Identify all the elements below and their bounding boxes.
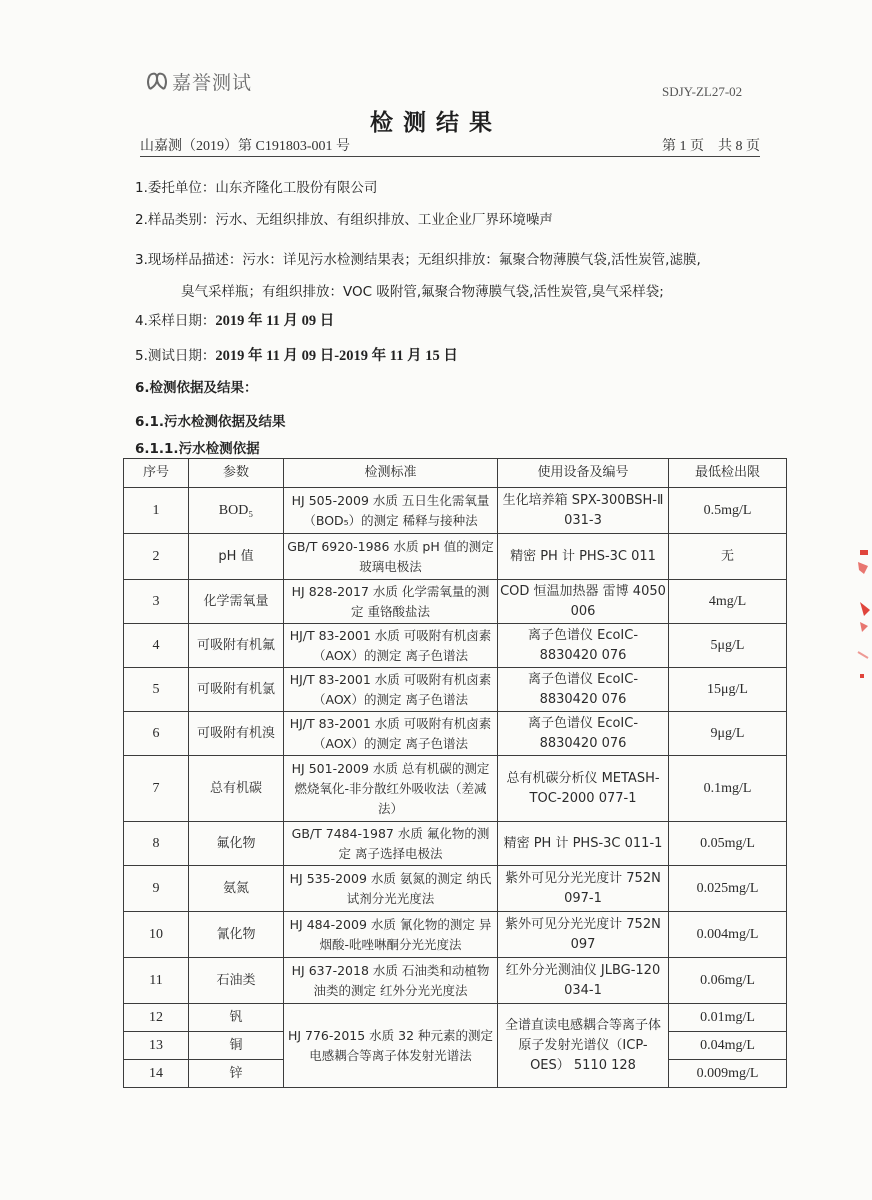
table-row: 6 可吸附有机溴 HJ/T 83-2001 水质 可吸附有机卤素（AOX）的测定…	[124, 712, 787, 756]
row-limit: 5μg/L	[669, 624, 787, 668]
test-basis-table: 序号 参数 检测标准 使用设备及编号 最低检出限 1 BOD₅ HJ 505-2…	[123, 458, 787, 1088]
row-standard: HJ 501-2009 水质 总有机碳的测定 燃烧氧化-非分散红外吸收法（差减法…	[284, 756, 498, 822]
row-equipment: 总有机碳分析仪 METASH-TOC-2000 077-1	[498, 756, 669, 822]
row-equipment: 离子色谱仪 EcoIC-8830420 076	[498, 712, 669, 756]
row-param: 氰化物	[189, 912, 284, 958]
row-no: 6	[124, 712, 189, 756]
table-row: 2 pH 值 GB/T 6920-1986 水质 pH 值的测定 玻璃电极法 精…	[124, 534, 787, 580]
section-6-1-heading: 6.1.污水检测依据及结果	[135, 410, 286, 430]
row-no: 8	[124, 822, 189, 866]
document-code: SDJY-ZL27-02	[662, 84, 742, 100]
page-title: 检测结果	[0, 104, 872, 137]
row-standard: GB/T 7484-1987 水质 氟化物的测定 离子选择电极法	[284, 822, 498, 866]
test-date-line: 5.测试日期：2019 年 11 月 09 日-2019 年 11 月 15 日	[135, 344, 458, 365]
table-row: 11 石油类 HJ 637-2018 水质 石油类和动植物油类的测定 红外分光光…	[124, 958, 787, 1004]
row-limit: 9μg/L	[669, 712, 787, 756]
row-standard: HJ/T 83-2001 水质 可吸附有机卤素（AOX）的测定 离子色谱法	[284, 624, 498, 668]
table-row: 5 可吸附有机氯 HJ/T 83-2001 水质 可吸附有机卤素（AOX）的测定…	[124, 668, 787, 712]
row-standard: HJ 505-2009 水质 五日生化需氧量（BOD₅）的测定 稀释与接种法	[284, 488, 498, 534]
row-no: 12	[124, 1004, 189, 1032]
row-limit: 0.5mg/L	[669, 488, 787, 534]
table-row: 8 氟化物 GB/T 7484-1987 水质 氟化物的测定 离子选择电极法 精…	[124, 822, 787, 866]
header-no: 序号	[124, 459, 189, 488]
row-equipment-merged: 全谱直读电感耦合等离子体原子发射光谱仪（ICP-OES） 5110 128	[498, 1004, 669, 1088]
row-limit: 0.025mg/L	[669, 866, 787, 912]
row-no: 2	[124, 534, 189, 580]
table-row: 4 可吸附有机氟 HJ/T 83-2001 水质 可吸附有机卤素（AOX）的测定…	[124, 624, 787, 668]
row-standard: HJ 484-2009 水质 氰化物的测定 异烟酸-吡唑啉酮分光光度法	[284, 912, 498, 958]
row-no: 9	[124, 866, 189, 912]
row-no: 1	[124, 488, 189, 534]
sample-desc-label: 3.现场样品描述：	[135, 252, 242, 268]
table-row: 10 氰化物 HJ 484-2009 水质 氰化物的测定 异烟酸-吡唑啉酮分光光…	[124, 912, 787, 958]
logo-knot-icon	[146, 71, 168, 93]
header-equipment: 使用设备及编号	[498, 459, 669, 488]
row-limit: 无	[669, 534, 787, 580]
row-standard-merged: HJ 776-2015 水质 32 种元素的测定 电感耦合等离子体发射光谱法	[284, 1004, 498, 1088]
row-no: 10	[124, 912, 189, 958]
row-no: 5	[124, 668, 189, 712]
sample-desc-line1: 污水：详见污水检测结果表；无组织排放：氟聚合物薄膜气袋,活性炭管,滤膜,	[242, 252, 700, 268]
header-limit: 最低检出限	[669, 459, 787, 488]
row-param: 总有机碳	[189, 756, 284, 822]
row-limit: 0.04mg/L	[669, 1032, 787, 1060]
sample-type-value: 污水、无组织排放、有组织排放、工业企业厂界环境噪声	[215, 212, 553, 228]
row-limit: 0.05mg/L	[669, 822, 787, 866]
report-number: 山嘉测（2019）第 C191803-001 号	[140, 135, 350, 156]
row-no: 14	[124, 1060, 189, 1088]
row-limit: 0.004mg/L	[669, 912, 787, 958]
sampling-date-line: 4.采样日期：2019 年 11 月 09 日	[135, 309, 334, 330]
sample-desc-line2: 臭气采样瓶；有组织排放：VOC 吸附管,氟聚合物薄膜气袋,活性炭管,臭气采样袋;	[181, 280, 664, 300]
client-line: 1.委托单位：山东齐隆化工股份有限公司	[135, 176, 377, 196]
row-param: 可吸附有机溴	[189, 712, 284, 756]
row-limit: 0.009mg/L	[669, 1060, 787, 1088]
row-equipment: 离子色谱仪 EcoIC-8830420 076	[498, 668, 669, 712]
header-standard: 检测标准	[284, 459, 498, 488]
table-row: 1 BOD₅ HJ 505-2009 水质 五日生化需氧量（BOD₅）的测定 稀…	[124, 488, 787, 534]
sample-type-line: 2.样品类别：污水、无组织排放、有组织排放、工业企业厂界环境噪声	[135, 208, 553, 228]
row-param: BOD₅	[189, 488, 284, 534]
row-no: 11	[124, 958, 189, 1004]
row-equipment: 紫外可见分光光度计 752N 097-1	[498, 866, 669, 912]
row-no: 7	[124, 756, 189, 822]
row-param: 可吸附有机氟	[189, 624, 284, 668]
row-param: 铜	[189, 1032, 284, 1060]
row-equipment: 紫外可见分光光度计 752N 097	[498, 912, 669, 958]
row-standard: HJ/T 83-2001 水质 可吸附有机卤素（AOX）的测定 离子色谱法	[284, 668, 498, 712]
row-no: 4	[124, 624, 189, 668]
row-limit: 0.01mg/L	[669, 1004, 787, 1032]
row-standard: GB/T 6920-1986 水质 pH 值的测定 玻璃电极法	[284, 534, 498, 580]
row-param: 可吸附有机氯	[189, 668, 284, 712]
row-no: 3	[124, 580, 189, 624]
row-limit: 4mg/L	[669, 580, 787, 624]
row-equipment: 生化培养箱 SPX-300BSH-Ⅱ 031-3	[498, 488, 669, 534]
row-equipment: 精密 PH 计 PHS-3C 011-1	[498, 822, 669, 866]
table-header-row: 序号 参数 检测标准 使用设备及编号 最低检出限	[124, 459, 787, 488]
row-param: 化学需氧量	[189, 580, 284, 624]
logo-text: 嘉誉测试	[172, 68, 252, 95]
section-6-1-1-heading: 6.1.1.污水检测依据	[135, 437, 260, 457]
row-param: 氨氮	[189, 866, 284, 912]
page-info: 第 1 页 共 8 页	[662, 135, 760, 156]
row-standard: HJ 535-2009 水质 氨氮的测定 纳氏试剂分光光度法	[284, 866, 498, 912]
client-value: 山东齐隆化工股份有限公司	[215, 180, 377, 196]
row-param: 钒	[189, 1004, 284, 1032]
sample-type-label: 2.样品类别：	[135, 212, 215, 228]
red-seal-stamp-edge	[846, 540, 872, 680]
sampling-date-value: 2019 年 11 月 09 日	[215, 313, 334, 329]
table-row: 3 化学需氧量 HJ 828-2017 水质 化学需氧量的测定 重铬酸盐法 CO…	[124, 580, 787, 624]
row-param: 石油类	[189, 958, 284, 1004]
row-equipment: 精密 PH 计 PHS-3C 011	[498, 534, 669, 580]
header-param: 参数	[189, 459, 284, 488]
row-param: 锌	[189, 1060, 284, 1088]
row-no: 13	[124, 1032, 189, 1060]
company-logo: 嘉誉测试	[146, 68, 252, 95]
row-limit: 0.06mg/L	[669, 958, 787, 1004]
row-equipment: 红外分光测油仪 JLBG-120 034-1	[498, 958, 669, 1004]
sample-desc-line: 3.现场样品描述：污水：详见污水检测结果表；无组织排放：氟聚合物薄膜气袋,活性炭…	[135, 248, 701, 268]
report-number-line: 山嘉测（2019）第 C191803-001 号 第 1 页 共 8 页	[140, 134, 760, 157]
table-row: 7 总有机碳 HJ 501-2009 水质 总有机碳的测定 燃烧氧化-非分散红外…	[124, 756, 787, 822]
test-date-value: 2019 年 11 月 09 日-2019 年 11 月 15 日	[215, 348, 457, 364]
row-param: 氟化物	[189, 822, 284, 866]
row-standard: HJ 828-2017 水质 化学需氧量的测定 重铬酸盐法	[284, 580, 498, 624]
sampling-date-label: 4.采样日期：	[135, 313, 215, 329]
row-equipment: COD 恒温加热器 雷博 4050 006	[498, 580, 669, 624]
test-date-label: 5.测试日期：	[135, 348, 215, 364]
table-row: 12 钒 HJ 776-2015 水质 32 种元素的测定 电感耦合等离子体发射…	[124, 1004, 787, 1032]
row-standard: HJ 637-2018 水质 石油类和动植物油类的测定 红外分光光度法	[284, 958, 498, 1004]
row-equipment: 离子色谱仪 EcoIC-8830420 076	[498, 624, 669, 668]
client-label: 1.委托单位：	[135, 180, 215, 196]
row-limit: 15μg/L	[669, 668, 787, 712]
row-standard: HJ/T 83-2001 水质 可吸附有机卤素（AOX）的测定 离子色谱法	[284, 712, 498, 756]
section-6-heading: 6.检测依据及结果：	[135, 376, 258, 396]
row-param: pH 值	[189, 534, 284, 580]
table-row: 9 氨氮 HJ 535-2009 水质 氨氮的测定 纳氏试剂分光光度法 紫外可见…	[124, 866, 787, 912]
row-limit: 0.1mg/L	[669, 756, 787, 822]
